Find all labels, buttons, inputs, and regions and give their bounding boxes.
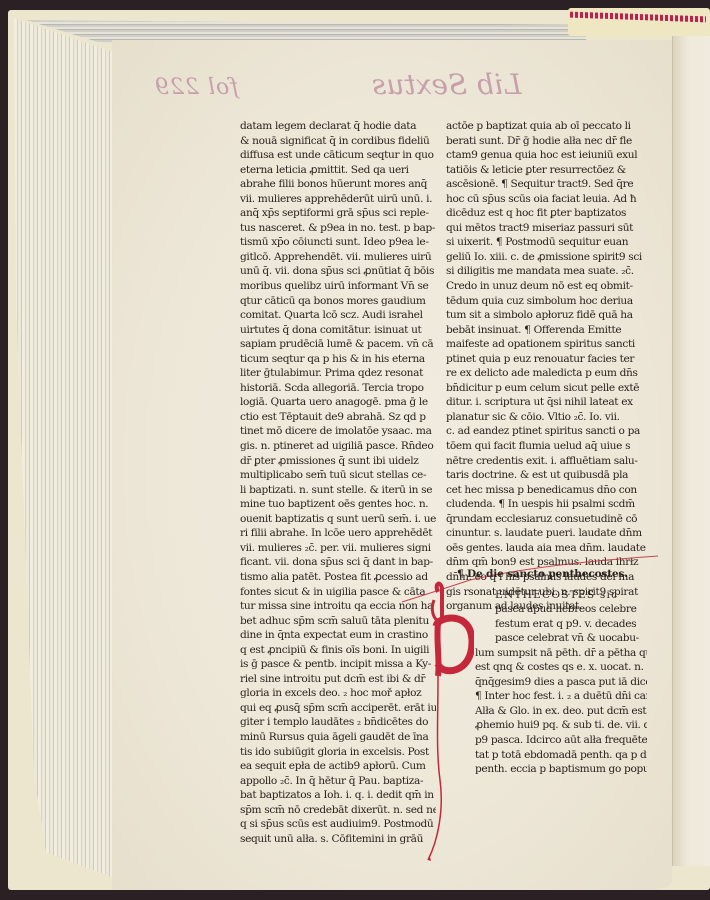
text-line: Alła & Glo. in ex. deo. put dcm̄ est in xyxy=(457,704,647,719)
section-rubric-heading: ¶ De die sancto penthecostes. xyxy=(457,567,647,582)
text-line: hoc cū sp̄us scūs oia faciat leuia. Ad ħ xyxy=(446,192,646,207)
text-line: bn̄dicitur p eum celum sicut pelle extē xyxy=(446,381,646,396)
text-line: gis. n. ptineret ad uigiliā pasce. Rn̄de… xyxy=(240,439,436,454)
text-line: dicēduz est q hoc fit ꝑter baptizatos xyxy=(446,206,646,221)
text-line: berati sunt. Dr̄ ḡ hodie alła nec dr̄ fl… xyxy=(446,134,646,149)
text-line: sequit unū alła. s. Cōfitemini in grāū xyxy=(240,832,436,847)
text-line: dine in q̄nta expectat eum in crastino xyxy=(240,628,436,643)
text-line: unū q̄. vii. dona sp̄us sci ꝓnūtiat q̄ b… xyxy=(240,264,436,279)
text-line: p9 pasca. Idcirco aūt alła frequēter cā xyxy=(457,733,647,748)
text-line: qui eq ꝓusq̄ sp̄m scm̄ acciperēt. erāt i… xyxy=(240,701,436,716)
text-line: ctio est Tēptauit de9 abrahā. Sz qd p xyxy=(240,410,436,425)
text-line: ri filii abrahe. In lcōe uero apprehēdēt xyxy=(240,526,436,541)
text-line: est qnq & costes qs e. x. uocat. n. pen. xyxy=(457,660,647,675)
text-line: tat p totā ebdomadā penth. qa p dies xyxy=(457,748,647,763)
text-line: abrahe filii bonos hūerunt mores anq̄ xyxy=(240,177,436,192)
text-line: penth. eccia p baptismum go populo xyxy=(457,762,647,777)
text-line: festum erat q p9. v. decades xyxy=(457,617,647,632)
text-line: li baptizati. n. sunt stelle. & iterū in… xyxy=(240,483,436,498)
text-line: ticum seqtur qa p his & in his eterna xyxy=(240,352,436,367)
facing-page-edge xyxy=(672,36,710,866)
text-line: qtur cāticū qa bonos mores gaudium xyxy=(240,294,436,309)
book-photograph: fol 229 Lib Sextus datam legem declarat … xyxy=(0,0,710,900)
text-line: ENTHECOSTES sic xyxy=(457,588,647,603)
text-line: appollo ₂c̄. In q̄ hētur q̄ Pau. baptiza… xyxy=(240,774,436,789)
text-line: geliū Io. xiii. c. de ꝓmissione spirit9 … xyxy=(446,250,646,265)
text-line: qui mētos tract9 miseriaz passuri sūt xyxy=(446,221,646,236)
text-line: lum sumpsit nā pēth. dr̄ a pētha quod xyxy=(457,646,647,661)
text-line: q̄nq̄gesim9 dies a pasca put iā dicetur xyxy=(457,675,647,690)
text-line: tum sit a simbolo apłoruz fidē quā ha xyxy=(446,308,646,323)
text-line: ꝓhemio hui9 pq. & sub ti. de. vii. dieb9 xyxy=(457,718,647,733)
text-line: & nouā significat q̄ in cordibus fideliū xyxy=(240,134,436,149)
text-line: is ḡ pasce & pentb. incipit missa a Ky- xyxy=(240,657,436,672)
text-line: tatiōis & leticie ꝑter resurrectōez & xyxy=(446,163,646,178)
text-line: cludenda. ¶ In uespis hii psalmi scdm̄ xyxy=(446,497,646,512)
text-line: tinet mō dicere de imolatōe ysaac. ma xyxy=(240,424,436,439)
text-line: datam legem declarat q̄ hodie data xyxy=(240,119,436,134)
text-line: re ex delicto ade maledicta p eum dn̄s xyxy=(446,366,646,381)
text-line: riel sine introitu put dcm̄ est ibi & dr… xyxy=(240,672,436,687)
rubricated-initial-p xyxy=(424,580,474,870)
text-line: nētre credentis exit. i. affluētiam salu… xyxy=(446,454,646,469)
text-line: tēdum quia cuz simbolum hoc deriua xyxy=(446,294,646,309)
left-text-column: datam legem declarat q̄ hodie data & nou… xyxy=(240,119,436,846)
text-line: mine tuo baptizent oēs gentes hoc. n. xyxy=(240,497,436,512)
text-line: sapiam prudēciā lumē & pacem. vn̄ cā xyxy=(240,337,436,352)
text-line: tis ido subiūgit gloria in excelsis. Pos… xyxy=(240,745,436,760)
text-line: ouenit baptizatis q sunt uerū sem̄. i. u… xyxy=(240,512,436,527)
text-line: logiā. Quarta uero anagogē. pma ḡ le xyxy=(240,395,436,410)
text-line: liter ḡtulabimur. Prima qdez resonat xyxy=(240,366,436,381)
text-line: pasca apud hebreos celebre xyxy=(457,602,647,617)
text-line: si diligitis me mandata mea suate. ₂c̄. xyxy=(446,264,646,279)
folio-number-annotation: fol 229 xyxy=(154,75,238,100)
text-line: taris doctrine. & est ut quibusdā pla xyxy=(446,468,646,483)
text-line: dr̄ ꝑter ꝓmissiones q̄ sunt ibi uidelz xyxy=(240,454,436,469)
text-line: bebāt insinuat. ¶ Offerenda Emitte xyxy=(446,323,646,338)
text-line: ea sequit epła de actib9 apłorū. Cum xyxy=(240,759,436,774)
text-line: minū Rursus quia āgeli gaudēt de īna xyxy=(240,730,436,745)
text-line: anq̄ xp̄s septiformi grā sp̄us sci reple… xyxy=(240,206,436,221)
text-line: multiplicabo sem̄ tuū sicut stellas ce- xyxy=(240,468,436,483)
text-line: cinuntur. s. laudate pueri. laudate dn̄m xyxy=(446,526,646,541)
text-line: tismū xp̄o cōiuncti sunt. Ideo p9ea le- xyxy=(240,235,436,250)
text-line: Credo in unuz deum nō est eq obmit- xyxy=(446,279,646,294)
text-line: gitlcō. Apprehendēt. vii. mulieres uirū xyxy=(240,250,436,265)
pentecost-section: ¶ De die sancto penthecostes. ENTHECOSTE… xyxy=(457,567,647,777)
running-head-annotation: Lib Sextus xyxy=(372,68,522,101)
text-line: tōem qui facit flumia uelud aq̄ uiue s xyxy=(446,439,646,454)
text-line: ditur. i. scriptura ut q̄si nihil lateat… xyxy=(446,395,646,410)
text-line: bet adhuc sp̄m scm̄ saluū tāta plenitu xyxy=(240,614,436,629)
text-line: ptinet quia p euz renouatur facies ter xyxy=(446,352,646,367)
text-line: giter i templo laudātes ₂ bn̄dicētes do xyxy=(240,715,436,730)
text-line: bat baptizatos a Ioh. i. q. i. dedit qm̄… xyxy=(240,788,436,803)
text-line: maifeste ad opationem spiritus sancti xyxy=(446,337,646,352)
text-line: uirtutes q̄ dona comitātur. isinuat ut xyxy=(240,323,436,338)
text-line: gloria in excels deo. ₂ hoc moř apłoz xyxy=(240,686,436,701)
text-line: comitat. Quarta lcō scz. Audi israhel xyxy=(240,308,436,323)
text-line: pasce celebrat vn̄ & uocabu- xyxy=(457,631,647,646)
text-line: q est ꝓncipiū & finis oīs boni. In uigil… xyxy=(240,643,436,658)
text-line: planatur sic & cōio. Vltio ₂c̄. Io. vii. xyxy=(446,410,646,425)
text-line: vii. mulieres apprehēderūt uirū unū. i. xyxy=(240,192,436,207)
text-line: q si sp̄us scūs est audiuim9. Postmodū xyxy=(240,817,436,832)
text-line: ctam9 genua quia hoc est ieiuniū exul xyxy=(446,148,646,163)
text-line: eterna leticia ꝓmittit. Sed qa ueri xyxy=(240,163,436,178)
text-line: q̄rundam ecclesiaruz consuetudinē cō xyxy=(446,512,646,527)
text-line: si uixerit. ¶ Postmodū sequitur euan xyxy=(446,235,646,250)
text-line: tus nasceret. & p9ea in no. test. p bap- xyxy=(240,221,436,236)
text-line: cet hec missa p benedicamus dn̄o con xyxy=(446,483,646,498)
text-line: historiā. Scda allegoriā. Tercia tropo xyxy=(240,381,436,396)
text-line: sp̄m scm̄ nō credebāt dixerūt. n. sed ne… xyxy=(240,803,436,818)
text-line: diffusa est unde cāticum seqtur in quo xyxy=(240,148,436,163)
text-line: moribus quelibz uirū informant Vn̄ se xyxy=(240,279,436,294)
right-text-column: actōe p baptizat quia ab oī peccato li b… xyxy=(446,119,646,614)
text-line: actōe p baptizat quia ab oī peccato li xyxy=(446,119,646,134)
text-line: c. ad eandez ptinet spiritus sancti o pa xyxy=(446,424,646,439)
text-line: ascēsionē. ¶ Sequitur tract9. Sed q̄re xyxy=(446,177,646,192)
text-line: ¶ Inter hoc fest. i. ₂ a duētū dn̄i cant… xyxy=(457,689,647,704)
